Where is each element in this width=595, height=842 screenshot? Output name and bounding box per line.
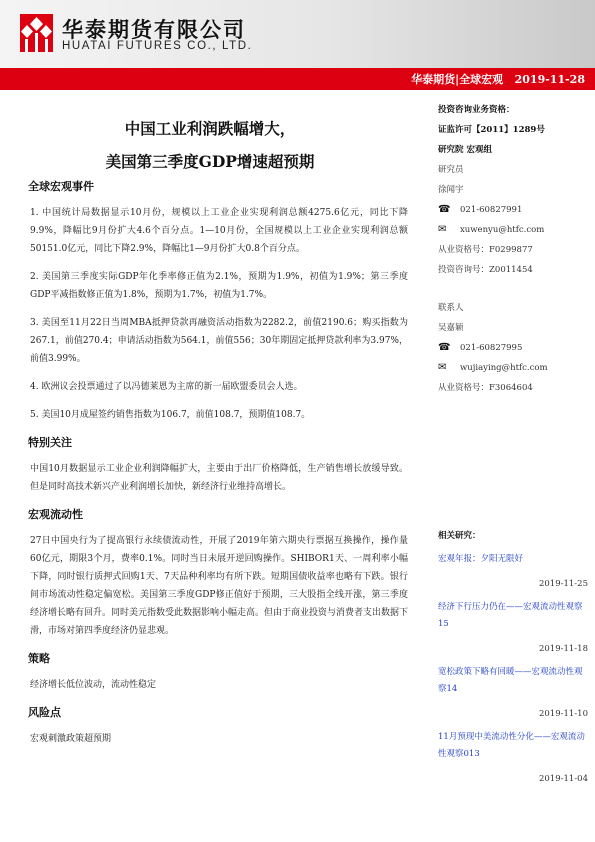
mail-icon: ✉ [438,220,460,240]
related-link[interactable]: 宏观年报：夕阳无限好 [438,551,588,568]
contact-phone: 021-60827995 [460,338,522,358]
analyst-sidebar: 投资咨询业务资格： 证监许可【2011】1289号 研究院 宏观组 研究员 徐闻… [438,100,588,398]
researcher-cert: 从业资格号：F0299877 [438,240,588,260]
contact-name: 吴嘉颖 [438,318,588,338]
banner-text: 华泰期货|全球宏观 2019-11-28 [411,71,585,87]
event-item: 4. 欧洲议会投票通过了以冯德莱恩为主席的新一届欧盟委员会人选。 [30,378,408,396]
contact-cert: 从业资格号：F3064604 [438,378,588,398]
related-date: 2019-11-18 [438,641,588,658]
related-link[interactable]: 宽松政策下略有回暖——宏观流动性观察14 [438,664,588,698]
phone-icon: ☎ [438,338,460,358]
report-date: 2019-11-28 [515,73,585,86]
event-item: 1. 中国统计局数据显示10月份，规模以上工业企业实现利润总额4275.6亿元，… [30,204,408,258]
related-date: 2019-11-04 [438,771,588,788]
license-number: 证监许可【2011】1289号 [438,120,588,140]
contact-email[interactable]: wujiaying@htfc.com [460,358,548,378]
report-title-line2: 美国第三季度GDP增速超预期 [0,150,420,172]
researcher-consult: 投资咨询号：Z0011454 [438,260,588,280]
banner-label: 华泰期货|全球宏观 [411,73,503,86]
report-title-line1: 中国工业利润跌幅增大， [0,117,420,139]
researcher-phone: 021-60827991 [460,200,522,220]
section-heading: 策略 [28,650,408,668]
researcher-name: 徐闻宇 [438,180,588,200]
phone-icon: ☎ [438,200,460,220]
event-item: 3. 美国至11月22日当周MBA抵押贷款再融资活动指数为2282.2，前值21… [30,314,408,368]
researcher-email[interactable]: xuwenyu@htfc.com [460,220,544,240]
related-link[interactable]: 经济下行压力仍在——宏观流动性观察15 [438,599,588,633]
qualification-label: 投资咨询业务资格： [438,100,588,120]
contact-email-row[interactable]: ✉ wujiaying@htfc.com [438,358,588,378]
department: 研究院 宏观组 [438,140,588,160]
contact-label: 联系人 [438,298,588,318]
risk-paragraph: 宏观刺激政策超预期 [30,730,408,748]
banner-bar: 华泰期货|全球宏观 2019-11-28 [0,68,595,90]
section-heading: 全球宏观事件 [28,178,408,196]
event-item: 5. 美国10月成屋签约销售指数为106.7，前值108.7，预期值108.7。 [30,406,408,424]
related-date: 2019-11-10 [438,706,588,723]
researcher-email-row[interactable]: ✉ xuwenyu@htfc.com [438,220,588,240]
section-heading: 宏观流动性 [28,506,408,524]
related-research: 相关研究： 宏观年报：夕阳无限好 2019-11-25 经济下行压力仍在——宏观… [438,528,588,794]
related-heading: 相关研究： [438,528,588,545]
strategy-paragraph: 经济增长低位波动，流动性稳定 [30,676,408,694]
section-heading: 风险点 [28,704,408,722]
mail-icon: ✉ [438,358,460,378]
related-link[interactable]: 11月预现中美流动性分化——宏观流动性观察013 [438,729,588,763]
related-date: 2019-11-25 [438,576,588,593]
main-content: 全球宏观事件 1. 中国统计局数据显示10月份，规模以上工业企业实现利润总额42… [30,178,408,758]
researcher-phone-row: ☎ 021-60827991 [438,200,588,220]
event-item: 2. 美国第三季度实际GDP年化季率修正值为2.1%，预期为1.9%，初值为1.… [30,268,408,304]
section-heading: 特别关注 [28,434,408,452]
focus-paragraph: 中国10月数据显示工业企业利润降幅扩大，主要由于出厂价格降低，生产销售增长放缓导… [30,460,408,496]
huatai-logo-icon [20,14,53,52]
liquidity-paragraph: 27日中国央行为了提高银行永续债流动性，开展了2019年第六期央行票据互换操作，… [30,532,408,640]
researcher-label: 研究员 [438,160,588,180]
report-header: 华泰期货有限公司 HUATAI FUTURES CO., LTD. [0,0,595,68]
contact-phone-row: ☎ 021-60827995 [438,338,588,358]
company-name-en: HUATAI FUTURES CO., LTD. [62,40,252,52]
